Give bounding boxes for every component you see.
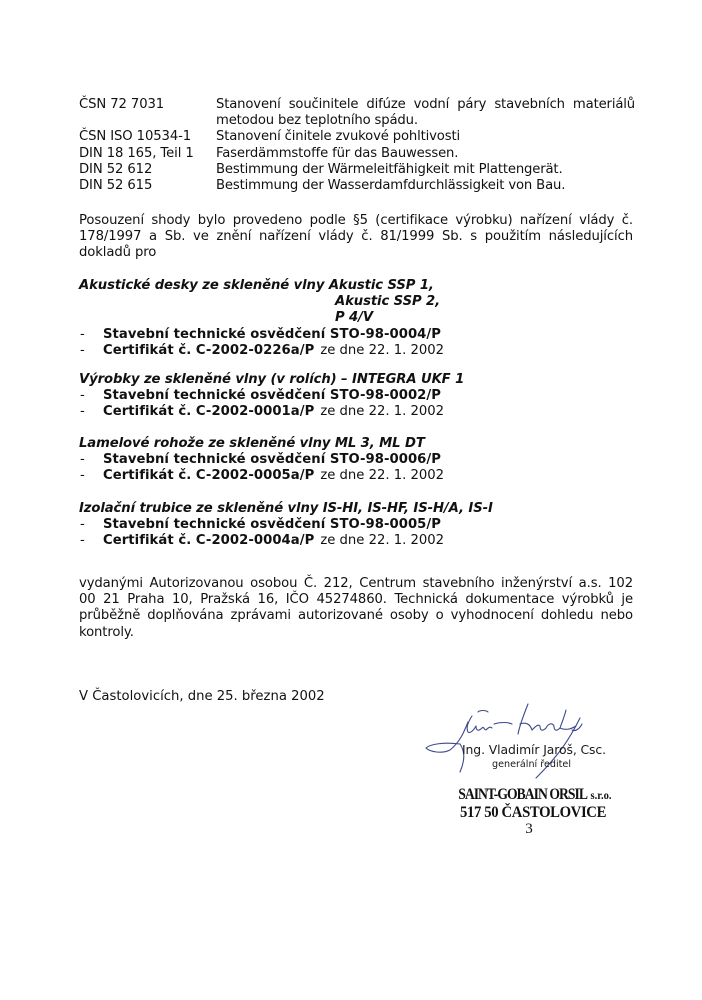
document-label: Certifikát č. C-2002-0005a/P <box>103 468 314 484</box>
heading-line: P 4/V <box>79 310 639 326</box>
document-item: - Stavební technické osvědčení STO-98-00… <box>79 388 639 404</box>
heading-line: Akustické desky ze skleněné vlny Akustic… <box>79 278 434 293</box>
document-label: Stavební technické osvědčení STO-98-0002… <box>103 388 441 404</box>
standard-row-continuation: metodou bez teplotního spádu. <box>79 113 635 129</box>
issuer-paragraph: vydanými Autorizovanou osobou Č. 212, Ce… <box>79 576 633 641</box>
signer-title: generální ředitel <box>492 759 571 770</box>
product-group: Výrobky ze skleněné vlny (v rolích) – IN… <box>79 372 639 421</box>
standard-code: DIN 18 165, Teil 1 <box>79 146 216 162</box>
stamp-company-suffix: s.r.o. <box>590 788 611 802</box>
document-date: ze dne 22. 1. 2002 <box>320 343 444 359</box>
standard-row: DIN 52 615 Bestimmung der Wasserdamfdurc… <box>79 178 635 194</box>
place-and-date: V Častolovicích, dne 25. března 2002 <box>79 689 325 705</box>
document-item: - Stavební technické osvědčení STO-98-00… <box>79 517 639 533</box>
heading-line: Lamelové rohože ze skleněné vlny ML 3, M… <box>79 436 425 451</box>
standard-description: Faserdämmstoffe für das Bauwessen. <box>216 146 635 162</box>
company-stamp: SAINT-GOBAIN ORSILs.r.o. 517 50 ČASTOLOV… <box>448 786 618 838</box>
document-date: ze dne 22. 1. 2002 <box>320 533 444 549</box>
standard-description: Bestimmung der Wasserdamfdurchlässigkeit… <box>216 178 635 194</box>
paragraph-line: dokladů pro <box>79 245 633 261</box>
standard-row: ČSN 72 7031 Stanovení součinitele difúze… <box>79 97 635 113</box>
heading-line: Výrobky ze skleněné vlny (v rolích) – IN… <box>79 372 464 387</box>
product-group-heading: Izolační trubice ze skleněné vlny IS-HI,… <box>79 501 639 517</box>
standard-description: Stanovení činitele zvukové pohltivosti <box>216 129 635 145</box>
page-number: 3 <box>448 821 618 838</box>
standard-code: ČSN ISO 10534-1 <box>79 129 216 145</box>
paragraph-line: vydanými Autorizovanou osobou Č. 212, Ce… <box>79 576 633 592</box>
product-group-heading: Akustické desky ze skleněné vlny Akustic… <box>79 278 639 327</box>
product-group: Izolační trubice ze skleněné vlny IS-HI,… <box>79 501 639 550</box>
document-item: - Certifikát č. C-2002-0226a/P ze dne 22… <box>79 343 639 359</box>
document-label: Stavební technické osvědčení STO-98-0005… <box>103 517 441 533</box>
standard-row: DIN 52 612 Bestimmung der Wärmeleitfähig… <box>79 162 635 178</box>
product-group-heading: Výrobky ze skleněné vlny (v rolích) – IN… <box>79 372 639 388</box>
document-date: ze dne 22. 1. 2002 <box>320 404 444 420</box>
dash-bullet: - <box>79 327 103 343</box>
standard-description: Bestimmung der Wärmeleitfähigkeit mit Pl… <box>216 162 635 178</box>
conformity-paragraph: Posouzení shody bylo provedeno podle §5 … <box>79 213 633 262</box>
heading-line: Akustic SSP 2, <box>79 294 639 310</box>
product-group-heading: Lamelové rohože ze skleněné vlny ML 3, M… <box>79 436 639 452</box>
dash-bullet: - <box>79 468 103 484</box>
standard-description: metodou bez teplotního spádu. <box>216 113 635 129</box>
stamp-address: 517 50 ČASTOLOVICE <box>455 804 611 821</box>
product-group: Akustické desky ze skleněné vlny Akustic… <box>79 278 639 359</box>
heading-line: Izolační trubice ze skleněné vlny IS-HI,… <box>79 501 493 516</box>
document-date: ze dne 22. 1. 2002 <box>320 468 444 484</box>
stamp-company-name: SAINT-GOBAIN ORSIL <box>458 786 587 803</box>
product-group: Lamelové rohože ze skleněné vlny ML 3, M… <box>79 436 639 485</box>
document-item: - Certifikát č. C-2002-0004a/P ze dne 22… <box>79 533 639 549</box>
dash-bullet: - <box>79 404 103 420</box>
standard-row: ČSN ISO 10534-1 Stanovení činitele zvuko… <box>79 129 635 145</box>
dash-bullet: - <box>79 388 103 404</box>
document-item: - Stavební technické osvědčení STO-98-00… <box>79 327 639 343</box>
standards-table: ČSN 72 7031 Stanovení součinitele difúze… <box>79 97 635 194</box>
document-label: Certifikát č. C-2002-0226a/P <box>103 343 314 359</box>
paragraph-line: kontroly. <box>79 625 633 641</box>
signer-name: Ing. Vladimír Jaroš, Csc. <box>462 742 606 757</box>
document-label: Stavební technické osvědčení STO-98-0004… <box>103 327 441 343</box>
paragraph-line: průběžně doplňována zprávami autorizovan… <box>79 608 633 624</box>
document-label: Stavební technické osvědčení STO-98-0006… <box>103 452 441 468</box>
dash-bullet: - <box>79 533 103 549</box>
standard-description: Stanovení součinitele difúze vodní páry … <box>216 97 635 113</box>
document-page: ČSN 72 7031 Stanovení součinitele difúze… <box>0 0 702 1000</box>
dash-bullet: - <box>79 517 103 533</box>
paragraph-line: 178/1997 a Sb. ve znění nařízení vlády č… <box>79 229 633 245</box>
standard-code: DIN 52 615 <box>79 178 216 194</box>
standard-row: DIN 18 165, Teil 1 Faserdämmstoffe für d… <box>79 146 635 162</box>
document-item: - Stavební technické osvědčení STO-98-00… <box>79 452 639 468</box>
stamp-company: SAINT-GOBAIN ORSILs.r.o. <box>458 786 608 804</box>
document-label: Certifikát č. C-2002-0001a/P <box>103 404 314 420</box>
paragraph-line: 00 21 Praha 10, Pražská 16, IČO 45274860… <box>79 592 633 608</box>
standard-code: DIN 52 612 <box>79 162 216 178</box>
document-item: - Certifikát č. C-2002-0005a/P ze dne 22… <box>79 468 639 484</box>
paragraph-line: Posouzení shody bylo provedeno podle §5 … <box>79 213 633 229</box>
dash-bullet: - <box>79 452 103 468</box>
document-item: - Certifikát č. C-2002-0001a/P ze dne 22… <box>79 404 639 420</box>
document-label: Certifikát č. C-2002-0004a/P <box>103 533 314 549</box>
standard-code: ČSN 72 7031 <box>79 97 216 113</box>
dash-bullet: - <box>79 343 103 359</box>
